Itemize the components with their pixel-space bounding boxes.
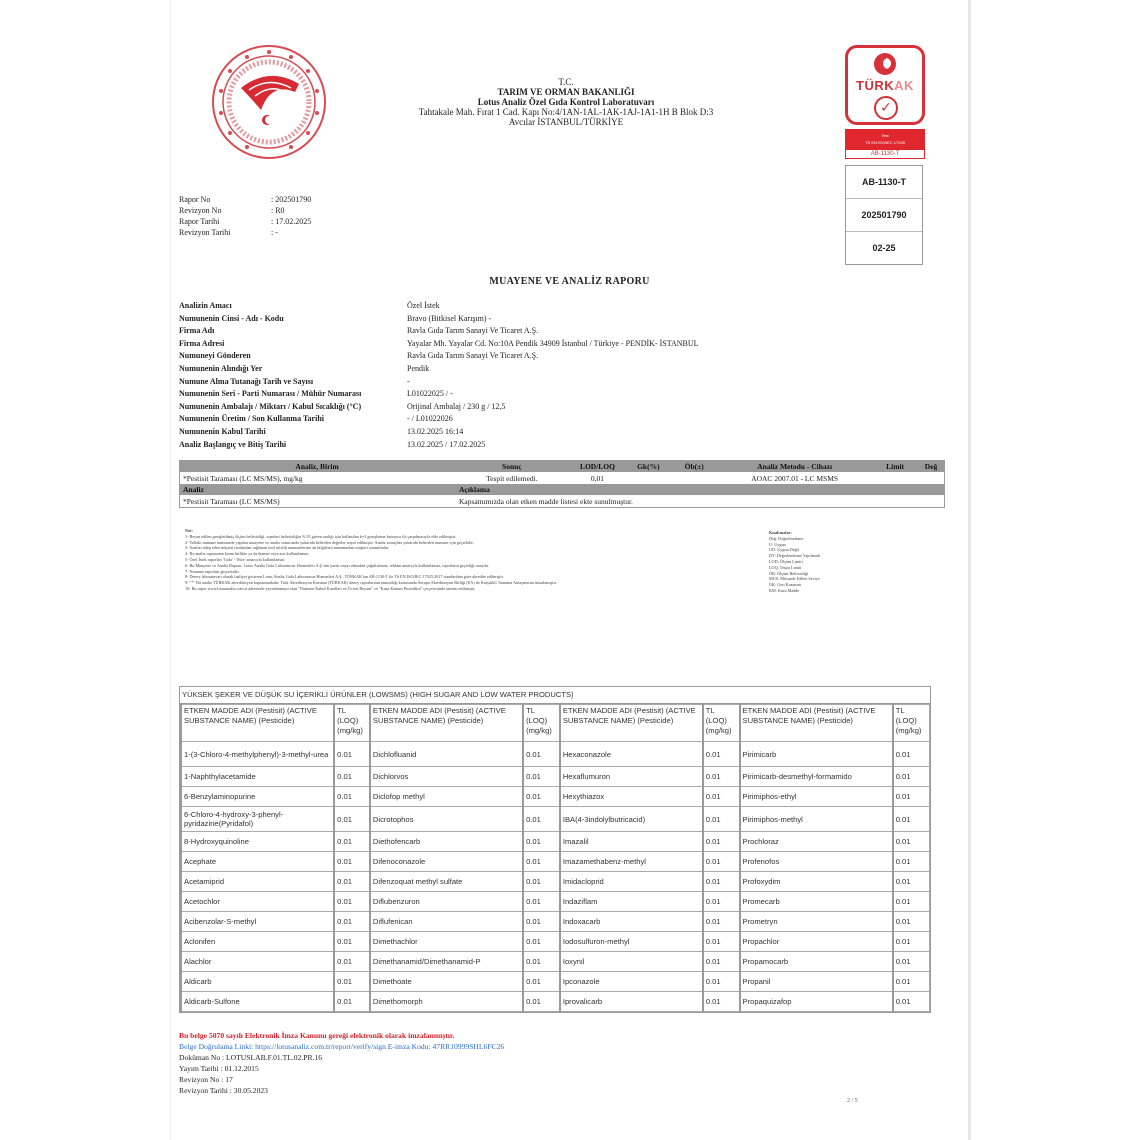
abbreviation-item: KM: Kuru Madde [769, 588, 899, 594]
checkmark-icon: ✓ [874, 96, 898, 120]
loq-value: 0.01 [334, 832, 370, 852]
table-row: 1-(3-Chloro-4-methylphenyl)-3-methyl-ure… [181, 742, 930, 767]
loq-value: 0.01 [523, 807, 560, 832]
results-cell [872, 472, 918, 484]
loq-value: 0.01 [893, 852, 930, 872]
loq-value: 0.01 [893, 972, 930, 992]
substance-name: Hexaconazole [560, 742, 703, 767]
info-value: - [407, 376, 699, 389]
info-label: Numunenin Üretim / Son Kullanma Tarihi [179, 413, 407, 426]
column-header-substance: ETKEN MADDE ADI (Pestisit) (ACTIVE SUBST… [560, 705, 703, 742]
substance-name: Aldicarb-Sulfone [181, 992, 334, 1012]
substance-name: Difenoconazole [370, 852, 523, 872]
loq-value: 0.01 [703, 932, 740, 952]
esign-notice: Bu belge 5070 sayılı Elektronik İmza Kan… [179, 1030, 504, 1041]
results-header: Analiz [180, 484, 456, 495]
results-cell: 0,01 [570, 472, 626, 484]
info-row: Numunenin Seri - Parti Numarası / Mühür … [179, 388, 699, 401]
column-header-substance: ETKEN MADDE ADI (Pestisit) (ACTIVE SUBST… [740, 705, 893, 742]
results-header: Sonuç [454, 461, 569, 472]
loq-value: 0.01 [334, 932, 370, 952]
pesticide-table-caption: YÜKSEK ŞEKER VE DÜŞÜK SU İÇERİKLİ ÜRÜNLE… [180, 687, 930, 704]
loq-value: 0.01 [893, 767, 930, 787]
report-page: T.C. TARIM VE ORMAN BAKANLIĞI Lotus Anal… [170, 0, 971, 1140]
table-row: 1-Naphthylacetamide0.01Dichlorvos0.01Hex… [181, 767, 930, 787]
loq-value: 0.01 [334, 742, 370, 767]
loq-value: 0.01 [523, 852, 560, 872]
loq-value: 0.01 [523, 767, 560, 787]
table-row: 8-Hydroxyquinoline0.01Diethofencarb0.01I… [181, 832, 930, 852]
substance-name: Prochloraz [740, 832, 893, 852]
substance-name: Imazamethabenz-methyl [560, 852, 703, 872]
turkak-code: AB-1130-T [845, 149, 925, 159]
results-header: Gk(%) [625, 461, 671, 472]
info-value: Yayalar Mh. Yayalar Cd. No:10A Pendik 34… [407, 338, 699, 351]
substance-name: Diclofop methyl [370, 787, 523, 807]
column-header-substance: ETKEN MADDE ADI (Pestisit) (ACTIVE SUBST… [370, 705, 523, 742]
code-box-row: AB-1130-T [846, 166, 922, 199]
doc-no: Doküman No : LOTUSLAB.F.01.TL.02.PR.16 [179, 1052, 504, 1063]
loq-value: 0.01 [893, 952, 930, 972]
loq-value: 0.01 [703, 972, 740, 992]
loq-value: 0.01 [334, 787, 370, 807]
loq-value: 0.01 [703, 742, 740, 767]
info-label: Numunenin Kabul Tarihi [179, 426, 407, 439]
substance-name: 1-(3-Chloro-4-methylphenyl)-3-methyl-ure… [181, 742, 334, 767]
results-cell: Kapsamımızda olan etken madde listesi ek… [456, 495, 944, 507]
info-label: Numune Alma Tutanağı Tarih ve Sayısı [179, 376, 407, 389]
results-cell [625, 472, 671, 484]
loq-value: 0.01 [703, 807, 740, 832]
table-row: 6-Benzylaminopurine0.01Diclofop methyl0.… [181, 787, 930, 807]
table-row: Aclonifen0.01Dimethachlor0.01Iodosulfuro… [181, 932, 930, 952]
loq-value: 0.01 [893, 892, 930, 912]
substance-name: Propaquizafop [740, 992, 893, 1012]
loq-value: 0.01 [523, 952, 560, 972]
table-row: 6-Chloro-4-hydroxy-3-phenyl-pyridazine(P… [181, 807, 930, 832]
table-row: Aldicarb-Sulfone0.01Dimethomorph0.01Ipro… [181, 992, 930, 1012]
loq-value: 0.01 [893, 992, 930, 1012]
substance-name: Propamocarb [740, 952, 893, 972]
substance-name: Propachlor [740, 932, 893, 952]
meta-value: : R0 [271, 205, 311, 216]
results-cell [671, 472, 717, 484]
column-header-loq: TL (LOQ) (mg/kg) [703, 705, 740, 742]
substance-name: Diethofencarb [370, 832, 523, 852]
loq-value: 0.01 [523, 932, 560, 952]
info-label: Firma Adı [179, 325, 407, 338]
substance-name: Acetamiprid [181, 872, 334, 892]
substance-name: Pirimicarb-desmethyl-formamido [740, 767, 893, 787]
substance-name: Indoxacarb [560, 912, 703, 932]
meta-label: Rapor Tarihi [179, 216, 271, 227]
info-label: Analizin Amacı [179, 300, 407, 313]
notes: Not: 1- Beyan edilen genişletilmiş ölçüm… [185, 528, 755, 592]
header-lab-name: Lotus Analiz Özel Gıda Kontrol Laboratuv… [371, 97, 761, 107]
header-address-2: Avcılar İSTANBUL/TÜRKİYE [371, 117, 761, 127]
loq-value: 0.01 [334, 852, 370, 872]
document-footer: Bu belge 5070 sayılı Elektronik İmza Kan… [179, 1030, 504, 1096]
loq-value: 0.01 [893, 832, 930, 852]
info-value: Ravla Gıda Tarım Sanayi Ve Ticaret A.Ş. [407, 325, 699, 338]
info-label: Numunenin Alındığı Yer [179, 363, 407, 376]
loq-value: 0.01 [334, 912, 370, 932]
info-row: Numunenin Üretim / Son Kullanma Tarihi- … [179, 413, 699, 426]
loq-value: 0.01 [893, 787, 930, 807]
substance-name: Dicrotophos [370, 807, 523, 832]
info-row: Firma AdresiYayalar Mh. Yayalar Cd. No:1… [179, 338, 699, 351]
loq-value: 0.01 [334, 992, 370, 1012]
table-row: Acibenzolar-S-methyl0.01Diflufenican0.01… [181, 912, 930, 932]
substance-name: 6-Chloro-4-hydroxy-3-phenyl-pyridazine(P… [181, 807, 334, 832]
loq-value: 0.01 [703, 952, 740, 972]
results-header: Öb(±) [671, 461, 717, 472]
substance-name: Difenzoquat methyl sulfate [370, 872, 523, 892]
substance-name: Dichlofluanid [370, 742, 523, 767]
substance-name: Acephate [181, 852, 334, 872]
loq-value: 0.01 [523, 787, 560, 807]
info-row: Analizin AmacıÖzel İstek [179, 300, 699, 313]
results-header: Analiz, Birim [180, 461, 454, 472]
results-cell [918, 472, 944, 484]
report-title: MUAYENE VE ANALİZ RAPORU [171, 276, 968, 287]
note-item: 10- Bu rapor www.lotusanaliz.com.tr adre… [185, 586, 755, 592]
loq-value: 0.01 [703, 912, 740, 932]
sample-info: Analizin AmacıÖzel İstekNumunenin Cinsi … [179, 300, 699, 451]
substance-name: Pirimiphos-ethyl [740, 787, 893, 807]
loq-value: 0.01 [703, 767, 740, 787]
substance-name: Dimethomorph [370, 992, 523, 1012]
info-row: Numuneyi GönderenRavla Gıda Tarım Sanayi… [179, 350, 699, 363]
info-label: Numunenin Cinsi - Adı - Kodu [179, 313, 407, 326]
substance-name: Profenofos [740, 852, 893, 872]
substance-name: Iprovalicarb [560, 992, 703, 1012]
abbreviations: Kısaltmalar: Değ: DeğerlendirmeU: UygunU… [769, 530, 899, 594]
pesticide-table: YÜKSEK ŞEKER VE DÜŞÜK SU İÇERİKLİ ÜRÜNLE… [179, 686, 931, 1013]
substance-name: Promecarb [740, 892, 893, 912]
column-header-loq: TL (LOQ) (mg/kg) [523, 705, 560, 742]
substance-name: Alachlor [181, 952, 334, 972]
substance-name: Propanil [740, 972, 893, 992]
info-value: - / L01022026 [407, 413, 699, 426]
substance-name: Pirimicarb [740, 742, 893, 767]
table-row: Aldicarb0.01Dimethoate0.01Ipconazole0.01… [181, 972, 930, 992]
substance-name: Ioxynil [560, 952, 703, 972]
substance-name: Dimethoate [370, 972, 523, 992]
substance-name: Diflubenzuron [370, 892, 523, 912]
loq-value: 0.01 [523, 992, 560, 1012]
loq-value: 0.01 [703, 892, 740, 912]
info-label: Analiz Başlangıç ve Bitiş Tarihi [179, 439, 407, 452]
substance-name: Hexaflumuron [560, 767, 703, 787]
meta-value: : 202501790 [271, 194, 311, 205]
revision-date: Revizyon Tarihi : 30.05.2023 [179, 1085, 504, 1096]
loq-value: 0.01 [893, 912, 930, 932]
loq-value: 0.01 [703, 787, 740, 807]
results-header: Limit [872, 461, 918, 472]
substance-name: 8-Hydroxyquinoline [181, 832, 334, 852]
info-row: Numunenin Cinsi - Adı - KoduBravo (Bitki… [179, 313, 699, 326]
page-number: 2 / 5 [847, 1098, 858, 1104]
table-row: Acephate0.01Difenoconazole0.01Imazametha… [181, 852, 930, 872]
publish-date: Yayım Tarihi : 01.12.2015 [179, 1063, 504, 1074]
info-label: Numuneyi Gönderen [179, 350, 407, 363]
results-header: Analiz Metodu - Cihazı [717, 461, 872, 472]
loq-value: 0.01 [893, 807, 930, 832]
report-meta: Rapor No: 202501790 Revizyon No: R0 Rapo… [179, 194, 311, 238]
loq-value: 0.01 [523, 972, 560, 992]
loq-value: 0.01 [334, 952, 370, 972]
loq-value: 0.01 [893, 932, 930, 952]
substance-name: Aclonifen [181, 932, 334, 952]
info-row: Analiz Başlangıç ve Bitiş Tarihi13.02.20… [179, 439, 699, 452]
loq-value: 0.01 [703, 832, 740, 852]
info-row: Numunenin Ambalajı / Miktarı / Kabul Sıc… [179, 401, 699, 414]
turkak-test-label: Test [845, 132, 925, 139]
meta-label: Revizyon Tarihi [179, 227, 271, 238]
crescent-icon [874, 53, 896, 75]
results-header: Açıklama [456, 484, 944, 495]
info-row: Numune Alma Tutanağı Tarih ve Sayısı- [179, 376, 699, 389]
table-row: Acetamiprid0.01Difenzoquat methyl sulfat… [181, 872, 930, 892]
meta-value: : - [271, 227, 311, 238]
turkak-logo: TÜRKAK ✓ [845, 45, 925, 125]
loq-value: 0.01 [523, 872, 560, 892]
info-value: 13.02.2025 16:14 [407, 426, 699, 439]
column-header-substance: ETKEN MADDE ADI (Pestisit) (ACTIVE SUBST… [181, 705, 334, 742]
header-tc: T.C. [371, 77, 761, 87]
loq-value: 0.01 [334, 972, 370, 992]
substance-name: 1-Naphthylacetamide [181, 767, 334, 787]
revision-no: Revizyon No : 17 [179, 1074, 504, 1085]
results-header: LOD/LOQ [570, 461, 626, 472]
loq-value: 0.01 [334, 807, 370, 832]
substance-name: Imazalil [560, 832, 703, 852]
loq-value: 0.01 [703, 872, 740, 892]
substance-name: Dimethanamid/Dimethanamid-P [370, 952, 523, 972]
info-row: Numunenin Kabul Tarihi13.02.2025 16:14 [179, 426, 699, 439]
results-cell: AOAC 2007.01 - LC MSMS [717, 472, 872, 484]
info-value: Ravla Gıda Tarım Sanayi Ve Ticaret A.Ş. [407, 350, 699, 363]
substance-name: Prometryn [740, 912, 893, 932]
info-label: Firma Adresi [179, 338, 407, 351]
substance-name: Pirimiphos-methyl [740, 807, 893, 832]
info-row: Firma AdıRavla Gıda Tarım Sanayi Ve Tica… [179, 325, 699, 338]
substance-name: Hexythiazox [560, 787, 703, 807]
loq-value: 0.01 [334, 872, 370, 892]
loq-value: 0.01 [523, 892, 560, 912]
info-label: Numunenin Ambalajı / Miktarı / Kabul Sıc… [179, 401, 407, 414]
loq-value: 0.01 [523, 742, 560, 767]
info-value: L01022025 / - [407, 388, 699, 401]
loq-value: 0.01 [703, 852, 740, 872]
info-value: Orijinal Ambalaj / 230 g / 12,5 [407, 401, 699, 414]
info-value: Özel İstek [407, 300, 699, 313]
turkak-standard-label: TS EN ISO/IEC 17025 [845, 139, 925, 146]
results-cell: Tespit edilemedi. [454, 472, 569, 484]
substance-name: Imidacloprid [560, 872, 703, 892]
turkak-accreditation: TÜRKAK ✓ Test TS EN ISO/IEC 17025 AB-113… [845, 45, 923, 159]
turkak-text-a: TÜRK [856, 78, 894, 93]
substance-name: Diflufenican [370, 912, 523, 932]
info-value: Pendik [407, 363, 699, 376]
code-box-row: 202501790 [846, 199, 922, 232]
substance-name: Dichlorvos [370, 767, 523, 787]
substance-name: Profoxydim [740, 872, 893, 892]
accreditation-code-box: AB-1130-T 202501790 02-25 [845, 165, 923, 265]
substance-name: Acetochlor [181, 892, 334, 912]
column-header-loq: TL (LOQ) (mg/kg) [334, 705, 370, 742]
loq-value: 0.01 [893, 872, 930, 892]
info-row: Numunenin Alındığı YerPendik [179, 363, 699, 376]
analysis-results: Analiz, BirimSonuçLOD/LOQGk(%)Öb(±)Anali… [179, 460, 945, 508]
turkak-text-b: AK [894, 78, 914, 93]
results-header: Değ [918, 461, 944, 472]
column-header-loq: TL (LOQ) (mg/kg) [893, 705, 930, 742]
substance-name: IBA(4-3indolylbutricacid) [560, 807, 703, 832]
substance-name: Acibenzolar-S-methyl [181, 912, 334, 932]
substance-name: Indaziflam [560, 892, 703, 912]
substance-name: Iodosulfuron-methyl [560, 932, 703, 952]
loq-value: 0.01 [893, 742, 930, 767]
lab-header: T.C. TARIM VE ORMAN BAKANLIĞI Lotus Anal… [371, 77, 761, 127]
results-cell: *Pestisit Taraması (LC MS/MS), mg/kg [180, 472, 454, 484]
meta-value: : 17.02.2025 [271, 216, 311, 227]
info-label: Numunenin Seri - Parti Numarası / Mühür … [179, 388, 407, 401]
code-box-row: 02-25 [846, 232, 922, 264]
header-address-1: Tahtakale Mah. Fırat 1 Cad. Kapı No:4/1A… [371, 107, 761, 117]
header-ministry: TARIM VE ORMAN BAKANLIĞI [371, 87, 761, 97]
verify-link[interactable]: Belge Doğrulama Linki: https://lotusanal… [179, 1041, 504, 1052]
info-value: 13.02.2025 / 17.02.2025 [407, 439, 699, 452]
substance-name: Dimethachlor [370, 932, 523, 952]
substance-name: Ipconazole [560, 972, 703, 992]
substance-name: 6-Benzylaminopurine [181, 787, 334, 807]
results-cell: *Pestisit Taraması (LC MS/MS) [180, 495, 456, 507]
loq-value: 0.01 [334, 767, 370, 787]
table-row: Alachlor0.01Dimethanamid/Dimethanamid-P0… [181, 952, 930, 972]
meta-label: Rapor No [179, 194, 271, 205]
loq-value: 0.01 [523, 912, 560, 932]
loq-value: 0.01 [334, 892, 370, 912]
loq-value: 0.01 [523, 832, 560, 852]
substance-name: Aldicarb [181, 972, 334, 992]
turkak-standard: Test TS EN ISO/IEC 17025 [845, 129, 925, 149]
loq-value: 0.01 [703, 992, 740, 1012]
ministry-emblem-icon [211, 44, 327, 160]
table-row: Acetochlor0.01Diflubenzuron0.01Indazifla… [181, 892, 930, 912]
meta-label: Revizyon No [179, 205, 271, 216]
info-value: Bravo (Bitkisel Karışım) - [407, 313, 699, 326]
